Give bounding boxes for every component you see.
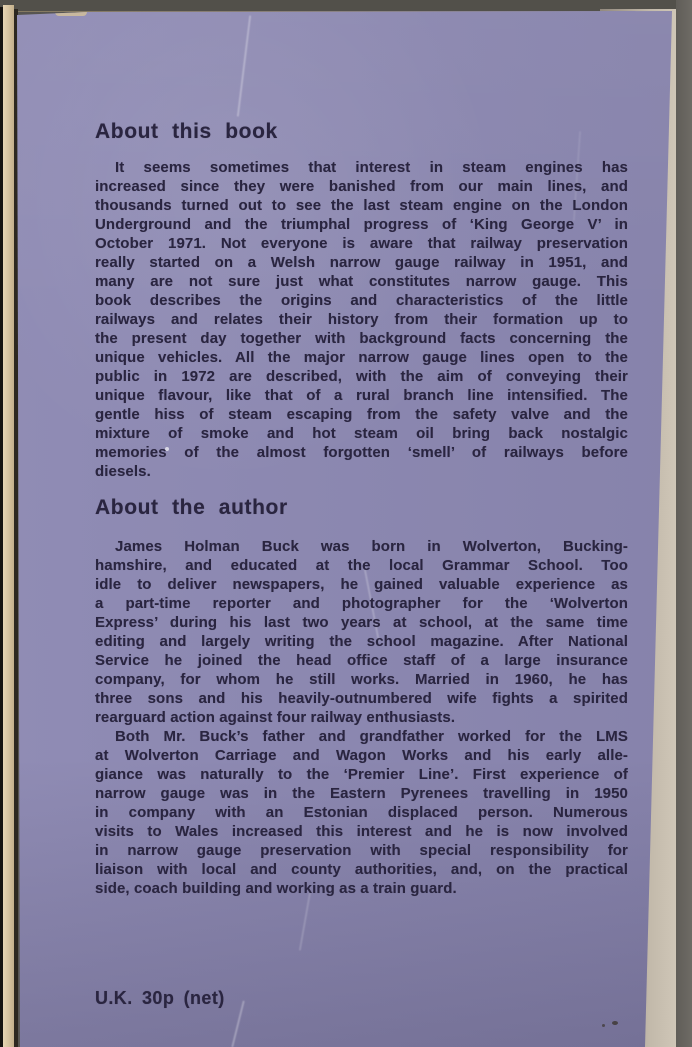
text-line: Express’ during his last two years at sc… — [95, 613, 628, 632]
cover-spine-shadow — [14, 9, 18, 1047]
text-line: Both Mr. Buck’s father and grandfather w… — [95, 727, 628, 746]
text-line: public in 1972 are described, with the a… — [95, 367, 628, 386]
paragraph-about-book: It seems sometimes that interest in stea… — [95, 158, 628, 481]
text-line: diesels. — [95, 462, 628, 481]
text-line: mixture of smoke and hot steam oil bring… — [95, 424, 628, 443]
text-line: editing and largely writing the school m… — [95, 632, 628, 651]
text-line: James Holman Buck was born in Wolverton,… — [95, 537, 628, 556]
text-line: railways and relates their history from … — [95, 310, 628, 329]
text-line: really started on a Welsh narrow gauge r… — [95, 253, 628, 272]
price-label: U.K. 30p (net) — [95, 988, 628, 1009]
text-line: company, for whom he still works. Marrie… — [95, 670, 628, 689]
section-heading-about-book: About this book — [95, 121, 628, 143]
scanner-background-top — [0, 0, 692, 12]
text-line: memories of the almost forgotten ‘smell’… — [95, 443, 628, 462]
text-line: at Wolverton Carriage and Wagon Works an… — [95, 746, 628, 765]
text-line: visits to Wales increased this interest … — [95, 822, 628, 841]
text-line: the present day together with background… — [95, 329, 628, 348]
paragraph-author-biography: James Holman Buck was born in Wolverton,… — [95, 537, 628, 727]
paragraph-author-railway-background: Both Mr. Buck’s father and grandfather w… — [95, 727, 628, 898]
cover-text-block: About this book It seems sometimes that … — [16, 11, 676, 1047]
text-line: three sons and his heavily-outnumbered w… — [95, 689, 628, 708]
section-heading-about-author: About the author — [95, 497, 628, 519]
text-line: many are not sure just what constitutes … — [95, 272, 628, 291]
text-line: October 1971. Not everyone is aware that… — [95, 234, 628, 253]
book-back-cover-scan: About this book It seems sometimes that … — [0, 0, 692, 1047]
text-line: a part-time reporter and photographer fo… — [95, 594, 628, 613]
text-line: rearguard action against four railway en… — [95, 708, 628, 727]
text-line: hamshire, and educated at the local Gram… — [95, 556, 628, 575]
text-line: side, coach building and working as a tr… — [95, 879, 628, 898]
back-cover: About this book It seems sometimes that … — [16, 11, 676, 1047]
book-page-edges-left — [3, 5, 14, 1047]
scanner-background-right — [676, 0, 692, 1047]
text-line: Underground and the triumphal progress o… — [95, 215, 628, 234]
text-line: book describes the origins and character… — [95, 291, 628, 310]
text-line: unique vehicles. All the major narrow ga… — [95, 348, 628, 367]
text-line: It seems sometimes that interest in stea… — [95, 158, 628, 177]
text-line: liaison with local and county authoritie… — [95, 860, 628, 879]
text-line: increased since they were banished from … — [95, 177, 628, 196]
text-line: Service he joined the head office staff … — [95, 651, 628, 670]
text-line: unique flavour, like that of a rural bra… — [95, 386, 628, 405]
text-line: in narrow gauge preservation with specia… — [95, 841, 628, 860]
text-line: thousands turned out to see the last ste… — [95, 196, 628, 215]
text-line: idle to deliver newspapers, he gained va… — [95, 575, 628, 594]
text-line: narrow gauge was in the Eastern Pyrenees… — [95, 784, 628, 803]
text-line: gentle hiss of steam escaping from the s… — [95, 405, 628, 424]
text-line: giance was naturally to the ‘Premier Lin… — [95, 765, 628, 784]
text-line: in company with an Estonian displaced pe… — [95, 803, 628, 822]
